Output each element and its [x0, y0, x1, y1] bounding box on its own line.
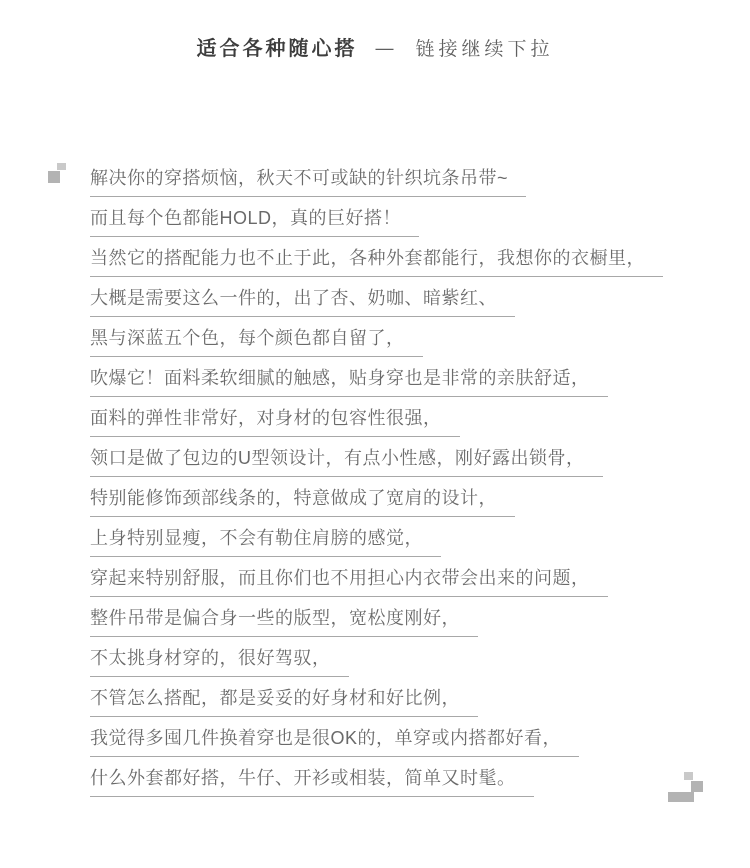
text-line-label: 不管怎么搭配，都是妥妥的好身材和好比例， [90, 686, 478, 717]
text-line-label: 领口是做了包边的U型领设计，有点小性感，刚好露出锁骨， [90, 446, 603, 477]
section-header: 适合各种随心搭—链接继续下拉 [0, 32, 750, 61]
text-line: 黑与深蓝五个色，每个颜色都自留了， [90, 326, 663, 366]
quote-square-wide [668, 792, 694, 802]
text-line: 吹爆它！面料柔软细腻的触感，贴身穿也是非常的亲肤舒适， [90, 366, 663, 406]
text-line: 上身特别显瘦，不会有勒住肩膀的感觉， [90, 526, 663, 566]
text-line-label: 黑与深蓝五个色，每个颜色都自留了， [90, 326, 423, 357]
quote-square-medium [691, 781, 703, 792]
text-line: 穿起来特别舒服，而且你们也不用担心内衣带会出来的问题， [90, 566, 663, 606]
text-line-label: 穿起来特别舒服，而且你们也不用担心内衣带会出来的问题， [90, 566, 608, 597]
text-line-label: 整件吊带是偏合身一些的版型，宽松度刚好， [90, 606, 478, 637]
text-line: 我觉得多囤几件换着穿也是很OK的，单穿或内搭都好看， [90, 726, 663, 766]
text-line: 而且每个色都能HOLD，真的巨好搭！ [90, 206, 663, 246]
pixel-quote-close-icon [668, 770, 714, 802]
text-line: 不管怎么搭配，都是妥妥的好身材和好比例， [90, 686, 663, 726]
scroll-hint-text: 链接继续下拉 [415, 39, 553, 60]
text-line: 当然它的搭配能力也不止于此，各种外套都能行，我想你的衣橱里， [90, 246, 663, 286]
text-line: 整件吊带是偏合身一些的版型，宽松度刚好， [90, 606, 663, 646]
header-dash: — [375, 38, 393, 58]
text-line: 大概是需要这么一件的，出了杏、奶咖、暗紫红、 [90, 286, 663, 326]
section-title: 适合各种随心搭 [196, 38, 357, 60]
text-line-label: 面料的弹性非常好，对身材的包容性很强， [90, 406, 460, 437]
text-line-label: 而且每个色都能HOLD，真的巨好搭！ [90, 206, 419, 237]
quote-square-small [684, 772, 693, 780]
text-line-label: 特别能修饰颈部线条的，特意做成了宽肩的设计， [90, 486, 515, 517]
text-line-label: 什么外套都好搭，牛仔、开衫或相装，简单又时髦。 [90, 766, 534, 797]
text-line-label: 大概是需要这么一件的，出了杏、奶咖、暗紫红、 [90, 286, 515, 317]
description-text-block: 解决你的穿搭烦恼，秋天不可或缺的针织坑条吊带~ 而且每个色都能HOLD，真的巨好… [90, 166, 663, 806]
text-line-label: 当然它的搭配能力也不止于此，各种外套都能行，我想你的衣橱里， [90, 246, 663, 277]
text-line: 领口是做了包边的U型领设计，有点小性感，刚好露出锁骨， [90, 446, 663, 486]
text-line: 什么外套都好搭，牛仔、开衫或相装，简单又时髦。 [90, 766, 663, 806]
quote-square-small [57, 163, 66, 170]
text-line-label: 吹爆它！面料柔软细腻的触感，贴身穿也是非常的亲肤舒适， [90, 366, 608, 397]
text-line-label: 不太挑身材穿的，很好驾驭， [90, 646, 349, 677]
text-line-label: 解决你的穿搭烦恼，秋天不可或缺的针织坑条吊带~ [90, 166, 526, 197]
text-line-label: 我觉得多囤几件换着穿也是很OK的，单穿或内搭都好看， [90, 726, 579, 757]
pixel-quote-open-icon [48, 162, 68, 184]
text-line: 特别能修饰颈部线条的，特意做成了宽肩的设计， [90, 486, 663, 526]
quote-square-large [48, 171, 60, 183]
text-line: 解决你的穿搭烦恼，秋天不可或缺的针织坑条吊带~ [90, 166, 663, 206]
text-line: 不太挑身材穿的，很好驾驭， [90, 646, 663, 686]
text-line: 面料的弹性非常好，对身材的包容性很强， [90, 406, 663, 446]
text-line-label: 上身特别显瘦，不会有勒住肩膀的感觉， [90, 526, 441, 557]
